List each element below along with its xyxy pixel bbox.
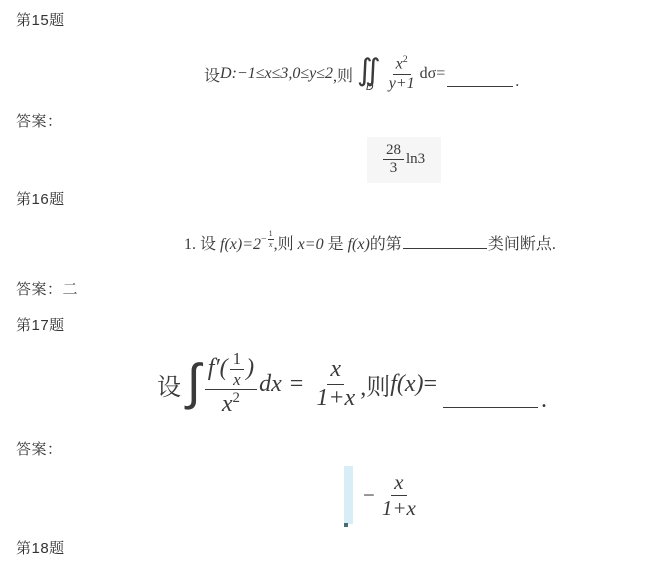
- q16-exp-minus: −: [261, 234, 267, 245]
- q15-domain-conditions: D:−1≤x≤3,0≤y≤2: [220, 65, 333, 83]
- question-15-header: 第15题: [16, 9, 65, 30]
- q17-period: .: [541, 387, 547, 414]
- q16-answer-blank: [403, 232, 487, 249]
- q15-fraction-denominator: y+1: [386, 75, 418, 93]
- q17-den-base: x: [222, 391, 233, 417]
- answer-17-label: 答案：: [16, 438, 63, 459]
- answer-15-ln3: ln3: [406, 151, 425, 168]
- q15-text-she: 设: [204, 63, 220, 86]
- q16-text-discontinuity: 类间断点.: [488, 236, 556, 253]
- double-integral-symbol: ∬ D: [357, 56, 381, 86]
- integral-domain-subscript: D: [366, 83, 374, 93]
- question-18-header: 第18题: [16, 537, 65, 558]
- q16-x-equals-0: x=0: [298, 236, 324, 253]
- q17-den-exponent: 2: [233, 390, 240, 406]
- q17-inner-denominator: x: [230, 370, 244, 390]
- answer-15-fraction: 28 3: [383, 142, 404, 178]
- q17-rhs-denominator: 1+x: [313, 385, 358, 413]
- question-15-formula: 设 D:−1≤x≤3,0≤y≤2 ,则 ∬ D x2 y+1 dσ= .: [204, 52, 519, 96]
- q17-numerator-row: f′( 1 x ): [208, 349, 254, 389]
- answer-17-highlight-bar: [344, 466, 353, 524]
- question-16-formula: 1. 设 f(x)=2−1x,则 x=0 是 f(x)的第类间断点.: [184, 231, 556, 257]
- answer-16-label: 答案：二: [16, 278, 78, 299]
- q16-exp-denominator: x: [268, 240, 274, 250]
- q17-equals: =: [290, 371, 304, 398]
- q17-dx: dx: [259, 371, 282, 398]
- integral-symbol: ∫: [187, 357, 201, 407]
- answer-17-fraction: x 1+x: [379, 470, 419, 519]
- q17-close-paren: ): [246, 355, 254, 383]
- answer-17-numerator: x: [391, 470, 406, 495]
- q15-num-exponent: 2: [403, 54, 408, 65]
- q16-item-number: 1.: [184, 236, 196, 253]
- q17-fprime-open: f′(: [208, 355, 228, 383]
- q17-main-denominator: x2: [219, 390, 243, 419]
- q17-main-numerator: f′( 1 x ): [205, 349, 257, 390]
- q15-num-base: x: [396, 56, 403, 73]
- q16-text-she: 设: [196, 236, 220, 253]
- q17-inner-numerator: 1: [230, 349, 245, 370]
- q15-answer-blank: [447, 70, 513, 87]
- answer-15-denominator: 3: [387, 160, 401, 177]
- q17-text-she: 设: [157, 367, 181, 402]
- q16-fx: f(x): [348, 236, 370, 253]
- q16-text-ze: ,则: [274, 236, 298, 253]
- q15-fraction-numerator: x2: [393, 54, 411, 75]
- q17-text-ze: ,则: [360, 367, 390, 402]
- q16-exp-numerator: 1: [268, 229, 274, 240]
- q17-equals-2: =: [424, 371, 438, 398]
- question-17-formula: 设 ∫ f′( 1 x ) x2 dx = x 1+x ,则 f(x) =: [157, 340, 547, 428]
- q16-fx-equals-2: f(x)=2: [220, 236, 261, 253]
- q15-text-ze: ,则: [333, 63, 353, 86]
- q15-dsigma-equals: dσ=: [420, 65, 446, 83]
- q16-text-shi: 是: [324, 236, 348, 253]
- q17-rhs-numerator: x: [327, 356, 344, 385]
- answer-15-label: 答案：: [16, 110, 63, 131]
- q17-inner-fraction: 1 x: [230, 349, 245, 389]
- q15-period: .: [515, 73, 519, 91]
- answer-17-denominator: 1+x: [379, 496, 419, 520]
- q16-text-de-di: 的第: [370, 236, 402, 253]
- q17-answer-blank: [443, 383, 538, 408]
- scan-artifact-dot: [344, 523, 348, 527]
- exam-document-page: 第15题 设 D:−1≤x≤3,0≤y≤2 ,则 ∬ D x2 y+1 dσ= …: [0, 0, 657, 566]
- q17-rhs-fraction: x 1+x: [313, 356, 358, 412]
- answer-17-box: − x 1+x: [344, 466, 421, 524]
- q16-exponent-fraction: 1x: [268, 229, 274, 249]
- answer-15-box: 28 3 ln3: [367, 137, 441, 183]
- question-17-header: 第17题: [16, 314, 65, 335]
- q16-exponent: −1x: [261, 229, 274, 249]
- answer-15-numerator: 28: [383, 142, 404, 160]
- q17-main-fraction: f′( 1 x ) x2: [205, 349, 257, 419]
- q15-integrand-fraction: x2 y+1: [386, 54, 418, 93]
- q17-fx: f(x): [390, 371, 423, 398]
- question-16-header: 第16题: [16, 188, 65, 209]
- answer-17-minus: −: [363, 483, 375, 508]
